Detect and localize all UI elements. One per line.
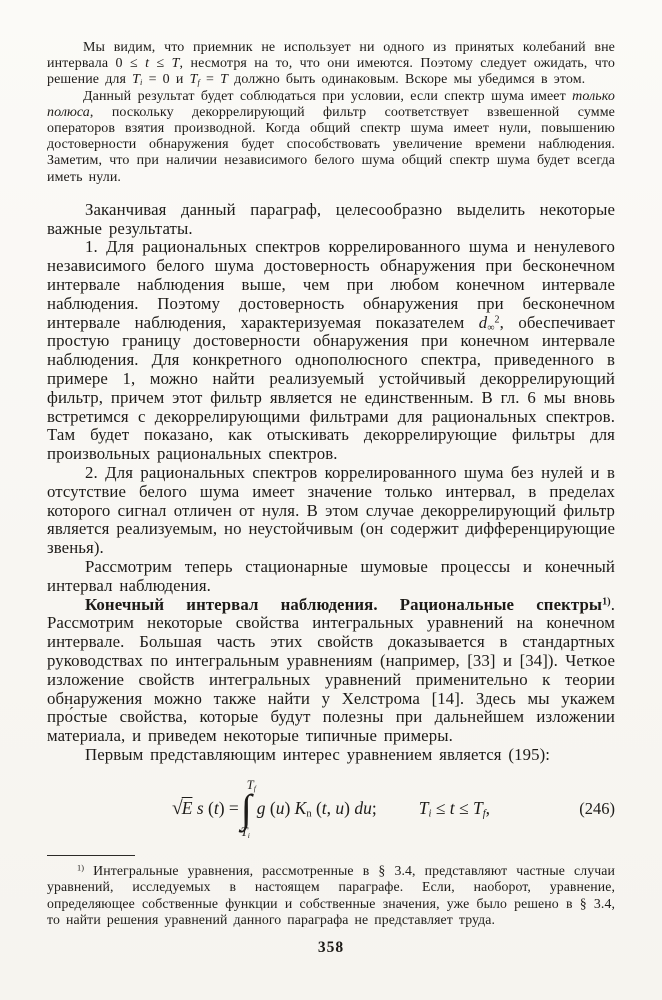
equation-number: (246) (579, 799, 615, 819)
book-page: Мы видим, что приемник не использует ни … (0, 0, 662, 1000)
footnote-text: 1) Интегральные уравнения, рассмотренные… (47, 863, 615, 929)
paragraph-poles-only-result: Данный результат будет соблюдаться при у… (47, 89, 615, 186)
integral-sign: ∫ (241, 792, 252, 826)
text-column: Мы видим, что приемник не использует ни … (0, 0, 662, 957)
paragraph-finite-interval-heading: Конечный интервал наблюдения. Рациональн… (47, 596, 615, 746)
integral-lower-limit: Ti (241, 826, 250, 839)
paragraph-first-equation-intro: Первым представляющим интерес уравнением… (47, 746, 615, 765)
main-text-section: Заканчивая данный параграф, целесообразн… (47, 201, 615, 765)
integral-upper-limit: Tf (247, 779, 256, 792)
paragraph-stationary-processes: Рассмотрим теперь стационарные шумовые п… (47, 558, 615, 596)
paragraph-receiver-observation: Мы видим, что приемник не использует ни … (47, 40, 615, 89)
equation-integrand: g (u) Kn (t, u) du; (257, 798, 377, 819)
footnote-section: 1) Интегральные уравнения, рассмотренные… (47, 863, 615, 929)
equation-condition: Ti ≤ t ≤ Tf, (419, 798, 490, 819)
intro-small-text-section: Мы видим, что приемник не использует ни … (47, 40, 615, 186)
list-item-result-2: 2. Для рациональных спектров коррелирова… (47, 464, 615, 558)
integral-with-limits: Tf ∫ Ti (241, 779, 252, 839)
footnote-divider (47, 855, 135, 856)
equation-lhs: √E s (t) = (172, 798, 239, 820)
equation-246: √E s (t) = Tf ∫ Ti g (u) Kn (t, u) du; T… (47, 771, 615, 847)
list-item-result-1: 1. Для рациональных спектров коррелирова… (47, 238, 615, 464)
paragraph-concluding-remarks: Заканчивая данный параграф, целесообразн… (47, 201, 615, 239)
equation-body: √E s (t) = Tf ∫ Ti g (u) Kn (t, u) du; T… (172, 779, 490, 839)
page-number: 358 (47, 939, 615, 957)
